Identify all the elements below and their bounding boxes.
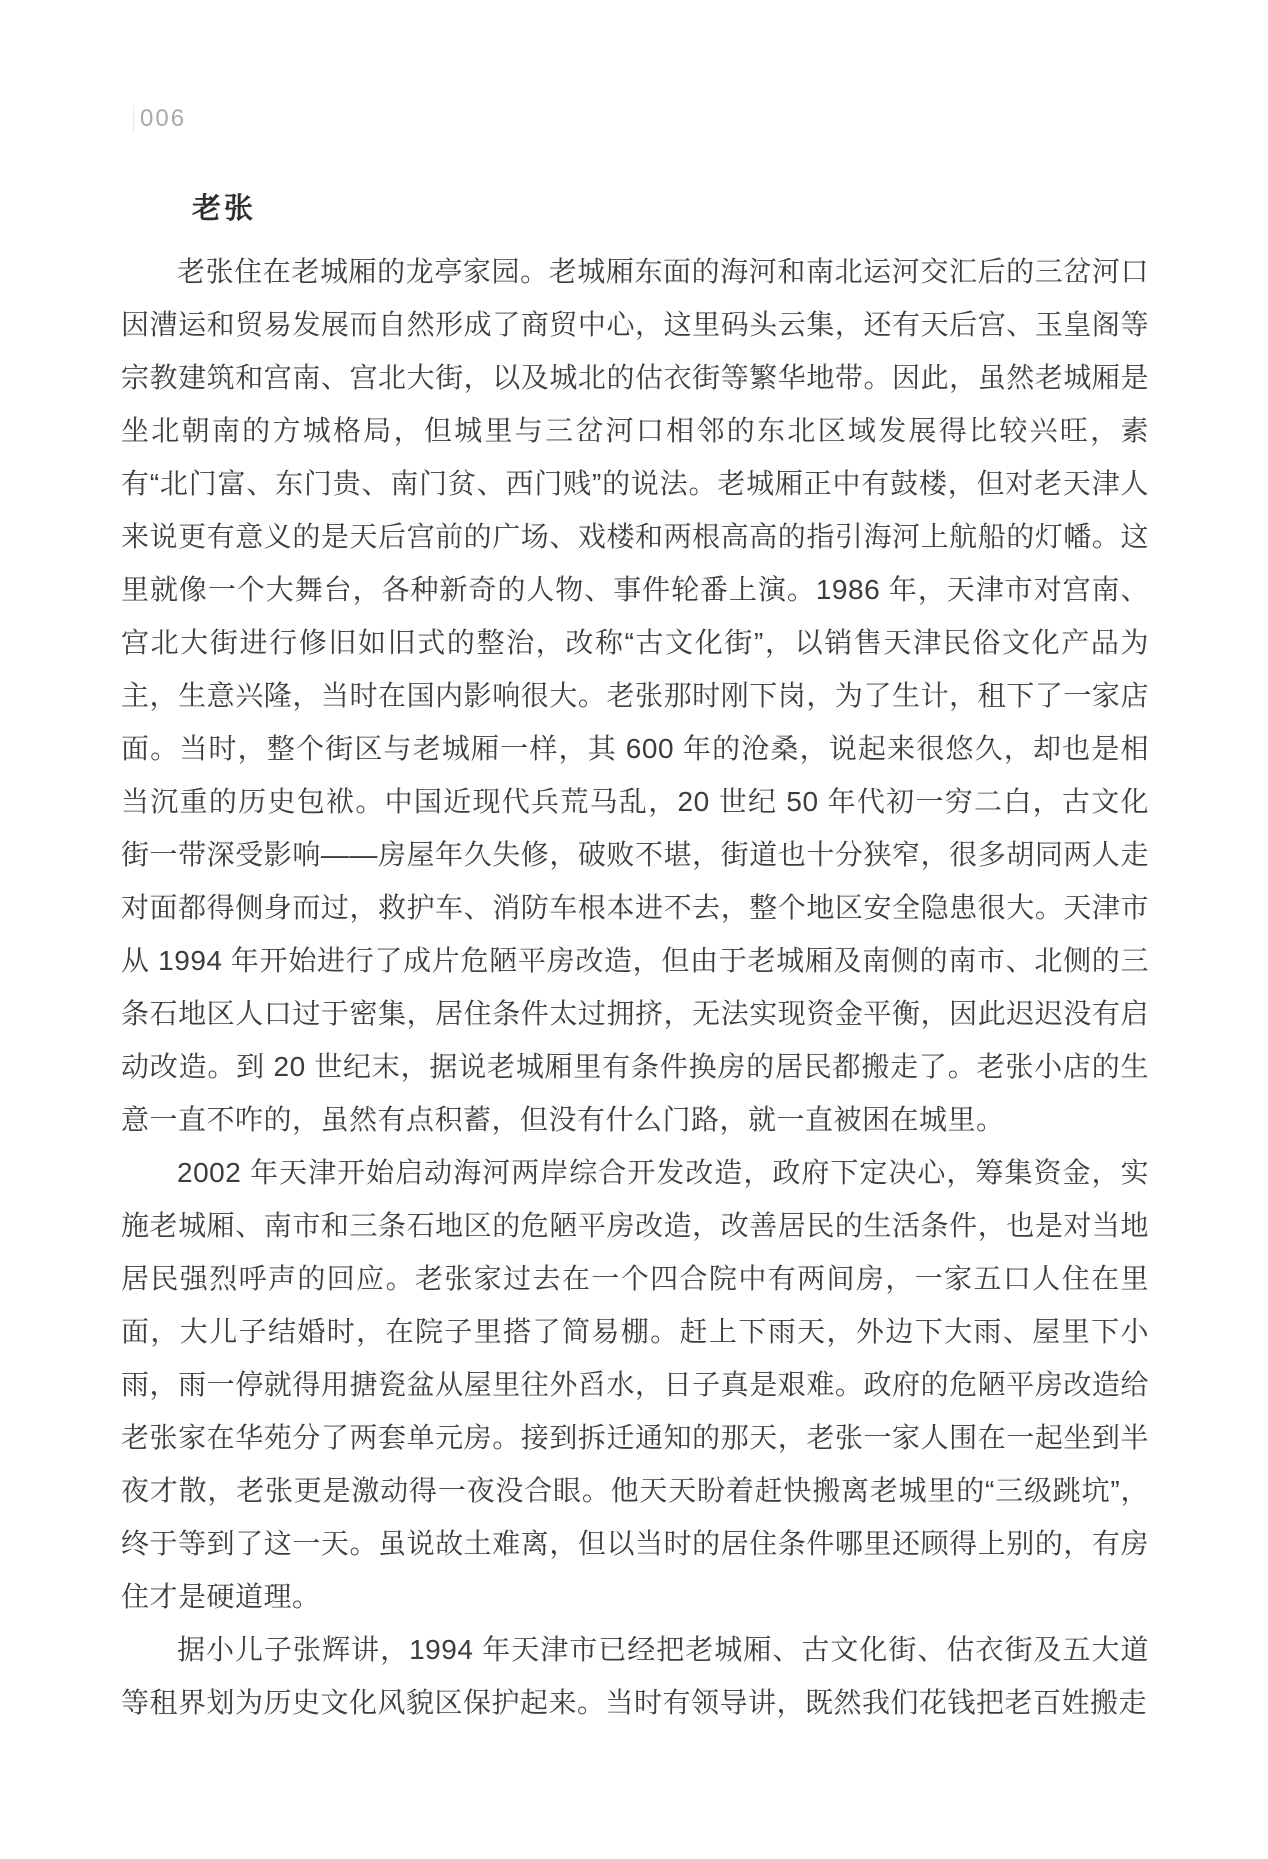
paragraph-1: 老张住在老城厢的龙亭家园。老城厢东面的海河和南北运河交汇后的三岔河口因漕运和贸易… <box>121 245 1149 1146</box>
book-page: 006 老张 老张住在老城厢的龙亭家园。老城厢东面的海河和南北运河交汇后的三岔河… <box>0 0 1268 1859</box>
body-text: 老张住在老城厢的龙亭家园。老城厢东面的海河和南北运河交汇后的三岔河口因漕运和贸易… <box>121 245 1149 1729</box>
paragraph-3: 据小儿子张辉讲，1994 年天津市已经把老城厢、古文化街、估衣街及五大道等租界划… <box>121 1623 1149 1729</box>
page-number: 006 <box>133 105 186 133</box>
content-area: 老张 老张住在老城厢的龙亭家园。老城厢东面的海河和南北运河交汇后的三岔河口因漕运… <box>121 193 1149 1729</box>
paragraph-2: 2002 年天津开始启动海河两岸综合开发改造，政府下定决心，筹集资金，实施老城厢… <box>121 1146 1149 1623</box>
section-heading: 老张 <box>121 193 1149 226</box>
